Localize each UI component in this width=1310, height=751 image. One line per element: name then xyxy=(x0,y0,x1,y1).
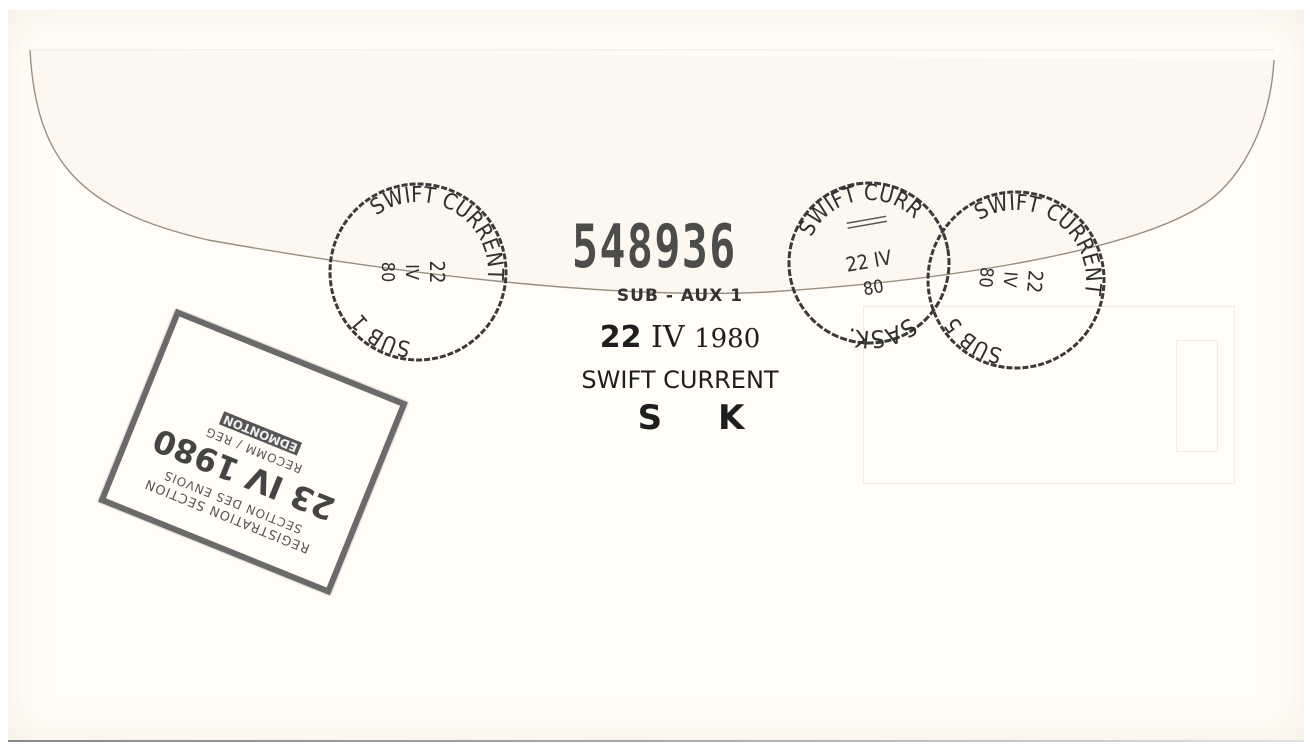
postmark-date: 22 IV xyxy=(844,245,894,277)
postmark-bottom-text: SUB 1 xyxy=(343,305,419,367)
postmark-year: 80 xyxy=(861,276,885,300)
cancel-day: 22 xyxy=(600,320,642,355)
faint-inner-box xyxy=(1176,340,1218,452)
postmark-day: 22 xyxy=(1022,269,1048,294)
postmark-day: 22 xyxy=(425,261,449,284)
postmark-year: 80 xyxy=(377,262,398,283)
postmark-bottom-text: SASK. xyxy=(839,310,923,358)
postmark-month: IV xyxy=(998,271,1020,289)
circular-postmark-right: SWIFT CURRENT SUB 5 22 IV 80 xyxy=(916,180,1116,380)
registration-number: 548936 xyxy=(572,212,737,282)
cancel-date: 22 IV 1980 xyxy=(565,320,795,355)
envelope-bottom-edge xyxy=(8,740,1304,742)
cancel-month: IV xyxy=(651,320,685,355)
postmark-month: IV xyxy=(401,264,422,280)
cancel-office-line: SUB - AUX 1 xyxy=(565,286,795,306)
circular-postmark-left: SWIFT CURRENT SUB 1 22 IV 80 xyxy=(318,172,518,372)
cancel-province: S K xyxy=(565,398,817,438)
postmark-bottom-text: SUB 5 xyxy=(936,308,1011,374)
cancel-year: 1980 xyxy=(694,324,760,354)
postmark-top-text: SWIFT CURR xyxy=(789,170,930,244)
postmark-year: 80 xyxy=(974,266,997,288)
cancel-city: SWIFT CURRENT xyxy=(565,366,795,394)
